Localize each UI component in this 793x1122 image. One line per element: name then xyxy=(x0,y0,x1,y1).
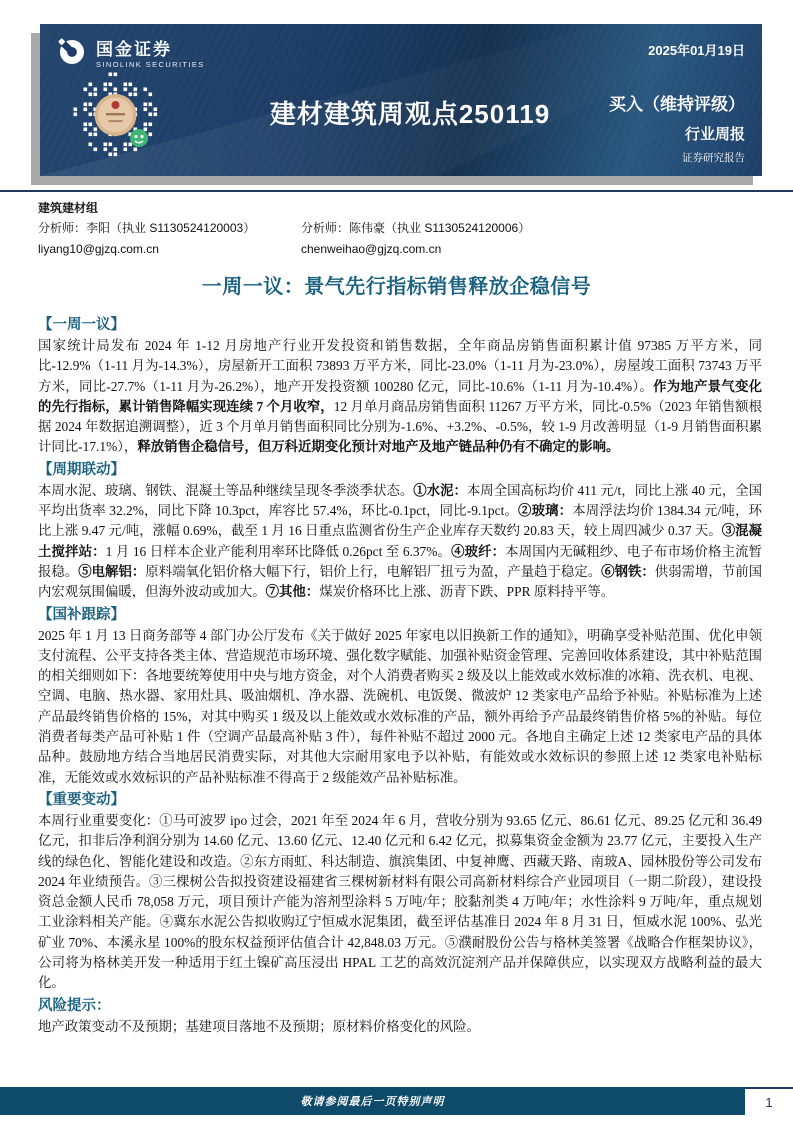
page-footer: 敬请参阅最后一页特别声明 1 xyxy=(0,1087,793,1115)
section-heading: 风险提示： xyxy=(38,995,762,1017)
analyst-title: 分析师：李阳（执业 S1130524120003） xyxy=(38,218,263,238)
analyst-group-name: 建筑建材组 xyxy=(38,198,762,218)
text-run: 本周行业重要变化：①马可波罗 ipo 过会，2021 年至 2024 年 6 月… xyxy=(38,813,762,990)
emphasis-run: ⑦其他： xyxy=(266,584,320,599)
text-run: 1 月 16 日样本企业产能利用率环比降低 0.26pct 至 6.37%。 xyxy=(106,544,451,559)
section-heading: 【重要变动】 xyxy=(38,789,762,811)
analyst: 分析师：李阳（执业 S1130524120003）liyang10@gjzq.c… xyxy=(38,218,263,259)
emphasis-run: ②玻璃： xyxy=(518,503,572,518)
report-section: 风险提示：地产政策变动不及预期；基建项目落地不及预期；原材料价格变化的风险。 xyxy=(38,995,762,1037)
brand-logo: 国金证券 SINOLINK SECURITIES xyxy=(57,37,205,72)
text-run: 地产政策变动不及预期；基建项目落地不及预期；原材料价格变化的风险。 xyxy=(38,1019,480,1034)
report-section: 【重要变动】本周行业重要变化：①马可波罗 ipo 过会，2021 年至 2024… xyxy=(38,789,762,994)
page-number: 1 xyxy=(745,1087,793,1115)
header-banner: 国金证券 SINOLINK SECURITIES 建材建筑周观点250119 2… xyxy=(40,24,762,176)
report-category: 证券研究报告 xyxy=(682,150,745,165)
report-title: 建材建筑周观点250119 xyxy=(200,94,620,131)
report-page: { "header": { "brand_cn": "国金证券", "brand… xyxy=(0,0,793,1122)
analyst-block: 建筑建材组 分析师：李阳（执业 S1130524120003）liyang10@… xyxy=(38,198,762,259)
report-sections: 【一周一议】国家统计局发布 2024 年 1-12 月房地产行业开发投资和销售数… xyxy=(38,313,762,1037)
analyst-email[interactable]: chenweihao@gjzq.com.cn xyxy=(301,239,526,259)
section-heading: 【国补跟踪】 xyxy=(38,604,762,626)
analyst: 分析师：陈伟豪（执业 S1130524120006）chenweihao@gjz… xyxy=(301,218,526,259)
text-run: 本周水泥、玻璃、钢铁、混凝土等品种继续呈现冬季淡季状态。 xyxy=(38,483,413,498)
qr-code xyxy=(73,72,158,157)
section-paragraph: 2025 年 1 月 13 日商务部等 4 部门办公厅发布《关于做好 2025 … xyxy=(38,626,762,788)
emphasis-run: 释放销售企稳信号，但万科近期变化预计对地产及地产链品种仍有不确定的影响。 xyxy=(137,439,619,454)
emphasis-run: ⑥钢铁： xyxy=(601,564,655,579)
text-run: 2025 年 1 月 13 日商务部等 4 部门办公厅发布《关于做好 2025 … xyxy=(38,628,762,785)
section-paragraph: 国家统计局发布 2024 年 1-12 月房地产行业开发投资和销售数据，全年商品… xyxy=(38,336,762,458)
rating-badge: 买入（维持评级） xyxy=(609,90,745,115)
emphasis-run: ⑤电解铝： xyxy=(78,564,145,579)
report-section: 【国补跟踪】2025 年 1 月 13 日商务部等 4 部门办公厅发布《关于做好… xyxy=(38,604,762,788)
emphasis-run: ①水泥： xyxy=(413,483,467,498)
section-heading: 【一周一议】 xyxy=(38,314,762,336)
section-paragraph: 本周水泥、玻璃、钢铁、混凝土等品种继续呈现冬季淡季状态。①水泥：本周全国高标均价… xyxy=(38,481,762,603)
section-paragraph: 地产政策变动不及预期；基建项目落地不及预期；原材料价格变化的风险。 xyxy=(38,1017,762,1037)
section-heading: 【周期联动】 xyxy=(38,459,762,481)
brand-name-cn: 国金证券 xyxy=(96,41,205,58)
analyst-email[interactable]: liyang10@gjzq.com.cn xyxy=(38,239,263,259)
analyst-title: 分析师：陈伟豪（执业 S1130524120006） xyxy=(301,218,526,238)
text-run: 煤炭价格环比上涨、沥青下跌、PPR 原料持平等。 xyxy=(319,584,614,599)
report-section: 【一周一议】国家统计局发布 2024 年 1-12 月房地产行业开发投资和销售数… xyxy=(38,314,762,458)
page-title: 一周一议：景气先行指标销售释放企稳信号 xyxy=(0,270,793,299)
report-date: 2025年01月19日 xyxy=(648,40,745,59)
text-run: 原料端氧化铝价格大幅下行，铝价上行，电解铝厂扭亏为盈，产量趋于稳定。 xyxy=(145,564,601,579)
brand-name-en: SINOLINK SECURITIES xyxy=(96,61,205,69)
analyst-columns: 分析师：李阳（执业 S1130524120003）liyang10@gjzq.c… xyxy=(38,218,762,259)
header-divider xyxy=(0,190,793,192)
report-type: 行业周报 xyxy=(685,123,745,144)
footer-disclaimer: 敬请参阅最后一页特别声明 xyxy=(0,1087,745,1115)
section-paragraph: 本周行业重要变化：①马可波罗 ipo 过会，2021 年至 2024 年 6 月… xyxy=(38,811,762,994)
report-section: 【周期联动】本周水泥、玻璃、钢铁、混凝土等品种继续呈现冬季淡季状态。①水泥：本周… xyxy=(38,459,762,603)
sinolink-logo-icon xyxy=(57,37,87,72)
emphasis-run: ④玻纤： xyxy=(451,544,505,559)
